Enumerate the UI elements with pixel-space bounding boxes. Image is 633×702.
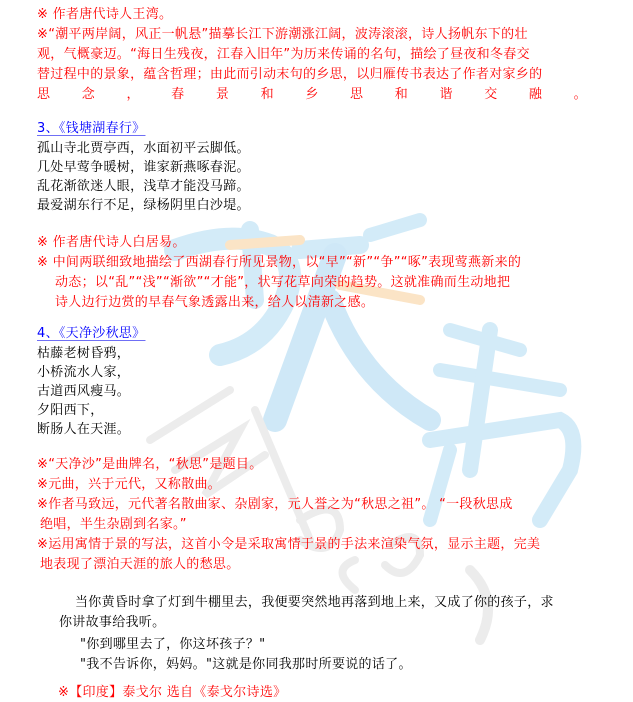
poem4-line: 夕阳西下，: [37, 402, 104, 420]
char: 春: [171, 86, 184, 104]
poem3-note: ※ 中间两联细致地描绘了西湖春行所见景物，以“早”“新”“争”“啄”表现莺燕新来…: [37, 254, 521, 272]
char: 交: [484, 86, 497, 104]
poem4-note: 地表现了漂泊天涯的旅人的愁思。: [40, 556, 240, 574]
poem4-note: ※运用寓情于景的写法，这首小令是采取寓情于景的手法来渲染气氛，显示主题，完美: [37, 536, 540, 554]
char: ，: [126, 86, 139, 104]
poem3-note: 动态；以“乱”“浅”“渐欲”“才能”，状写花草向荣的趋势。这就准确而生动地把: [55, 274, 510, 292]
poem3-note-author: ※ 作者唐代诗人白居易。: [37, 234, 186, 252]
poem4-line: 断肠人在天涯。: [37, 421, 130, 439]
char: 。: [574, 86, 587, 104]
note-author-wangwan: ※ 作者唐代诗人王湾。: [37, 6, 172, 24]
char: 谐: [439, 86, 452, 104]
poem4-note: ※作者马致远，元代著名散曲家、杂剧家，元人誉之为“秋思之祖”。 “一段秋思成: [37, 496, 513, 514]
poem4-line: 古道西风瘦马。: [37, 383, 130, 401]
tagore-paragraph-line: 当你黄昏时拿了灯到牛棚里去，我便要突然地再落到地上来，又成了你的孩子，求: [75, 594, 554, 612]
tagore-dialogue-line: "我不告诉你，妈妈。"这就是你同我那时所要说的话了。: [80, 656, 412, 674]
poem4-note: ※“天净沙”是曲牌名，“秋思”是题目。: [37, 456, 263, 474]
poem4-line: 小桥流水人家，: [37, 364, 130, 382]
note-analysis-line: ※“潮平两岸阔，风正一帆悬”描摹长江下游潮涨江阔，波涛滚滚，诗人扬帆东下的壮: [37, 26, 528, 44]
tagore-source: ※【印度】泰戈尔 选自《泰戈尔诗选》: [58, 684, 286, 702]
poem3-line: 乱花渐欲迷人眼，浅草才能没马蹄。: [37, 178, 250, 196]
char: 乡: [305, 86, 318, 104]
poem4-note: ※元曲，兴于元代，又称散曲。: [37, 476, 221, 494]
char: 融: [529, 86, 542, 104]
char: 和: [395, 86, 408, 104]
tagore-dialogue-line: "你到哪里去了，你这坏孩子？": [80, 636, 265, 654]
char: 思: [350, 86, 363, 104]
note-analysis-line: 替过程中的景象，蕴含哲理；由此而引动末句的乡思，以归雁传书表达了作者对家乡的: [37, 66, 542, 84]
poem4-title-link[interactable]: 4、《天净沙秋思》: [37, 325, 145, 343]
poem4-note: 绝唱，半生杂剧到名家。”: [40, 516, 187, 534]
note-analysis-line: 观，气概豪迈。“海日生残夜，江春入旧年”为历来传诵的名句，描绘了昼夜和冬春交: [37, 46, 530, 64]
poem3-note: 诗人边行边赏的早春气象透露出来，给人以清新之感。: [55, 294, 374, 312]
note-analysis-last-line: 思 念 ， 春 景 和 乡 思 和 谐 交 融 。: [37, 86, 587, 104]
char: 思: [37, 86, 50, 104]
poem3-title-link[interactable]: 3、《钱塘湖春行》: [37, 120, 145, 138]
poem3-line: 几处早莺争暖树，谁家新燕啄春泥。: [37, 159, 250, 177]
char: 念: [82, 86, 95, 104]
poem3-line: 最爱湖东行不足，绿杨阴里白沙堤。: [37, 197, 250, 215]
poem3-line: 孤山寺北贾亭西，水面初平云脚低。: [37, 140, 250, 158]
char: 景: [216, 86, 229, 104]
char: 和: [261, 86, 274, 104]
tagore-paragraph-line: 你讲故事给我听。: [59, 614, 165, 632]
poem4-line: 枯藤老树昏鸦，: [37, 345, 130, 363]
